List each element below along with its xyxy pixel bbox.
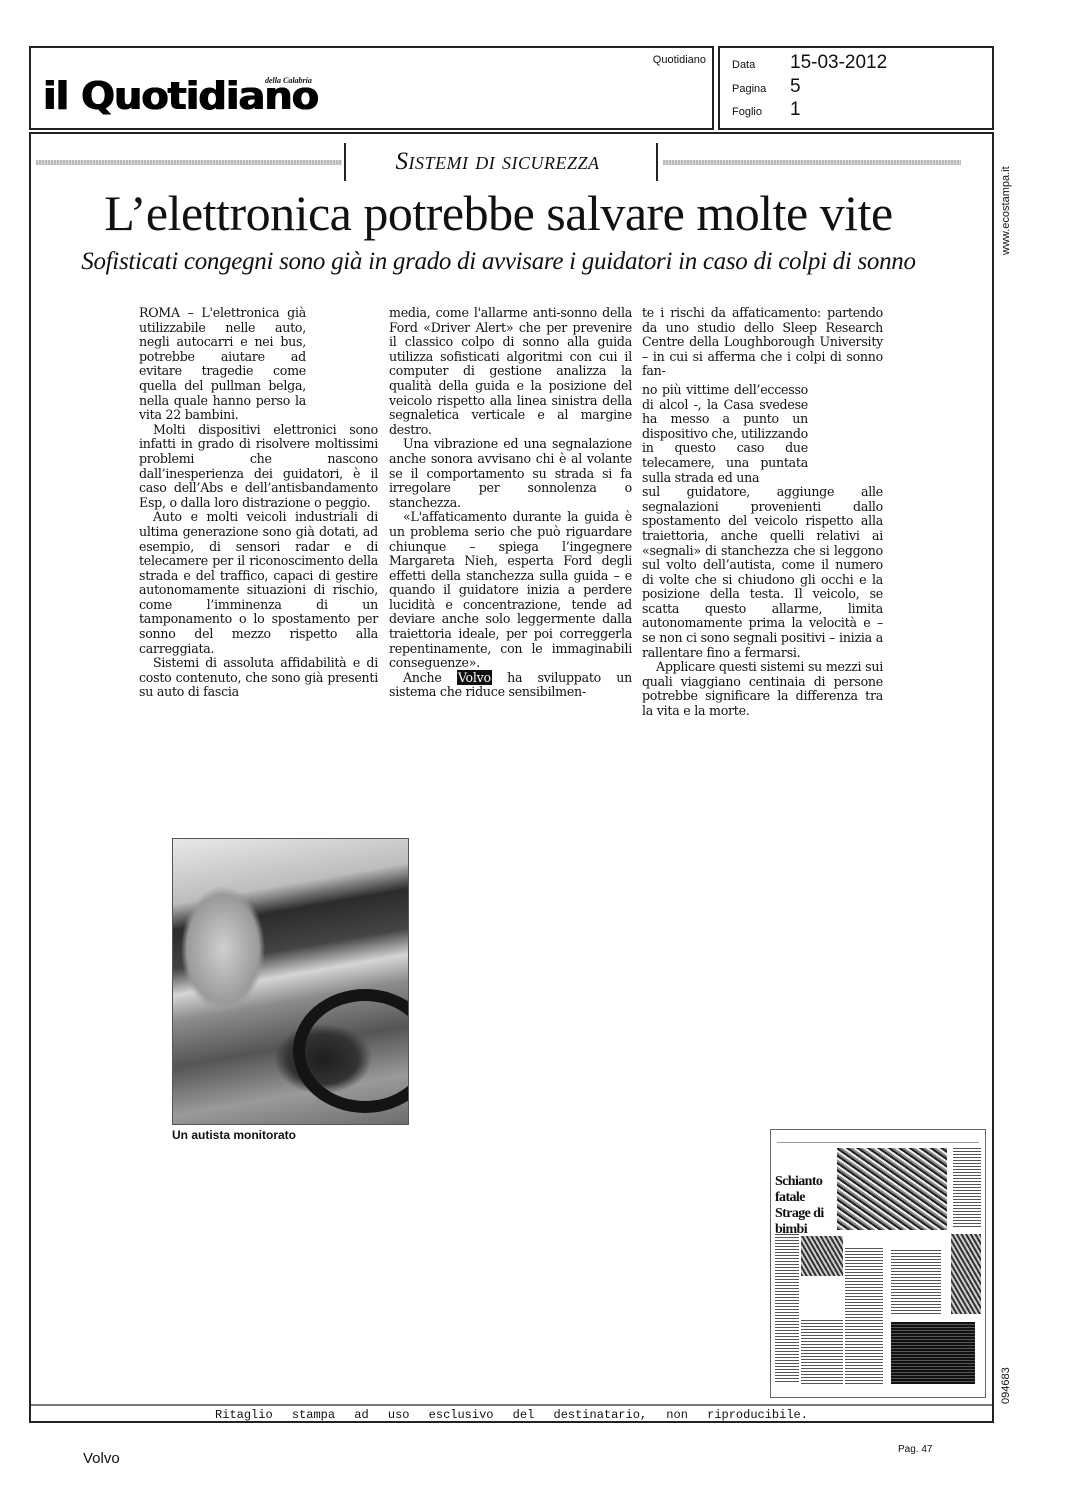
paragraph: no più vittime dell’eccesso di alcol -, … <box>642 383 808 485</box>
thumbnail-text-column <box>775 1234 799 1384</box>
sheet-label: Foglio <box>732 106 790 118</box>
meta-date-row: Data15-03-2012 <box>732 52 887 74</box>
thumbnail-text-column <box>845 1248 883 1384</box>
sheet-value: 1 <box>790 99 801 120</box>
date-value: 15-03-2012 <box>790 52 887 73</box>
thumbnail-dark-box <box>891 1322 975 1384</box>
copyright-disclaimer: Ritaglio stampa ad uso esclusivo del des… <box>31 1408 992 1422</box>
paragraph: Auto e molti veicoli industriali di ulti… <box>139 510 378 656</box>
newspaper-logo-subtitle: della Calabria <box>265 76 312 85</box>
paragraph: Molti dispositivi elettronici sono infat… <box>139 423 378 511</box>
article-column-1: ROMA – L'elettronica già utilizzabile ne… <box>139 306 378 700</box>
paragraph: Sistemi di assoluta affidabilità e di co… <box>139 656 378 700</box>
article-headline: L’elettronica potrebbe salvare molte vit… <box>31 184 966 242</box>
photo-caption: Un autista monitorato <box>172 1128 296 1142</box>
highlighted-keyword: Volvo <box>457 670 492 685</box>
thumbnail-photo <box>951 1234 981 1314</box>
date-label: Data <box>732 59 790 71</box>
article-clipping: Sistemi di sicurezza L’elettronica potre… <box>29 132 994 1423</box>
section-kicker: Sistemi di sicurezza <box>17 148 978 176</box>
meta-sheet-row: Foglio1 <box>732 99 801 121</box>
meta-page-row: Pagina5 <box>732 76 801 98</box>
paragraph: media, come l'allarme anti-sonno della F… <box>389 306 632 437</box>
thumbnail-text-column <box>801 1320 843 1384</box>
thumbnail-text-column <box>891 1250 941 1316</box>
disclaimer-divider <box>31 1404 992 1406</box>
paragraph: Una vibrazione ed una segnalazione anche… <box>389 437 632 510</box>
masthead-box: il Quotidiano della Calabria Quotidiano <box>29 46 714 130</box>
article-subheadline: Sofisticati congegni sono già in grado d… <box>31 248 966 276</box>
article-column-3: te i rischi da affaticamento: partendo d… <box>642 306 883 719</box>
website-vertical: www.ecostampa.it <box>1000 166 1012 255</box>
paragraph-text: Anche <box>403 670 457 685</box>
footer-page-number: Pag. 47 <box>898 1444 932 1455</box>
article-column-2: media, come l'allarme anti-sonno della F… <box>389 306 632 700</box>
thumbnail-text-column <box>953 1148 981 1228</box>
paragraph: «L'affaticamento durante la guida è un p… <box>389 510 632 671</box>
paragraph: Applicare questi sistemi su mezzi sui qu… <box>642 660 883 718</box>
article-photo-driver <box>172 838 409 1125</box>
clipping-code-vertical: 094683 <box>1000 1367 1012 1404</box>
thumbnail-header-rule <box>777 1136 979 1143</box>
source-type-label: Quotidiano <box>653 54 706 66</box>
footer-keyword: Volvo <box>83 1450 120 1467</box>
thumbnail-photo <box>801 1236 843 1276</box>
thumbnail-headline: Schianto fatale Strage di bimbi <box>775 1174 839 1238</box>
paragraph: ROMA – L'elettronica già utilizzabile ne… <box>139 306 306 423</box>
paragraph: te i rischi da affaticamento: partendo d… <box>642 306 883 379</box>
paragraph: sul guidatore, aggiunge alle segnalazion… <box>642 485 883 660</box>
paragraph: Anche Volvo ha sviluppato un sistema che… <box>389 671 632 700</box>
metadata-box: Data15-03-2012 Pagina5 Foglio1 <box>718 46 994 130</box>
thumbnail-photo <box>837 1148 947 1230</box>
page-thumbnail: Schianto fatale Strage di bimbi <box>770 1129 986 1398</box>
steering-wheel-shape <box>293 989 409 1113</box>
page-label: Pagina <box>732 83 790 95</box>
page-value: 5 <box>790 76 801 97</box>
